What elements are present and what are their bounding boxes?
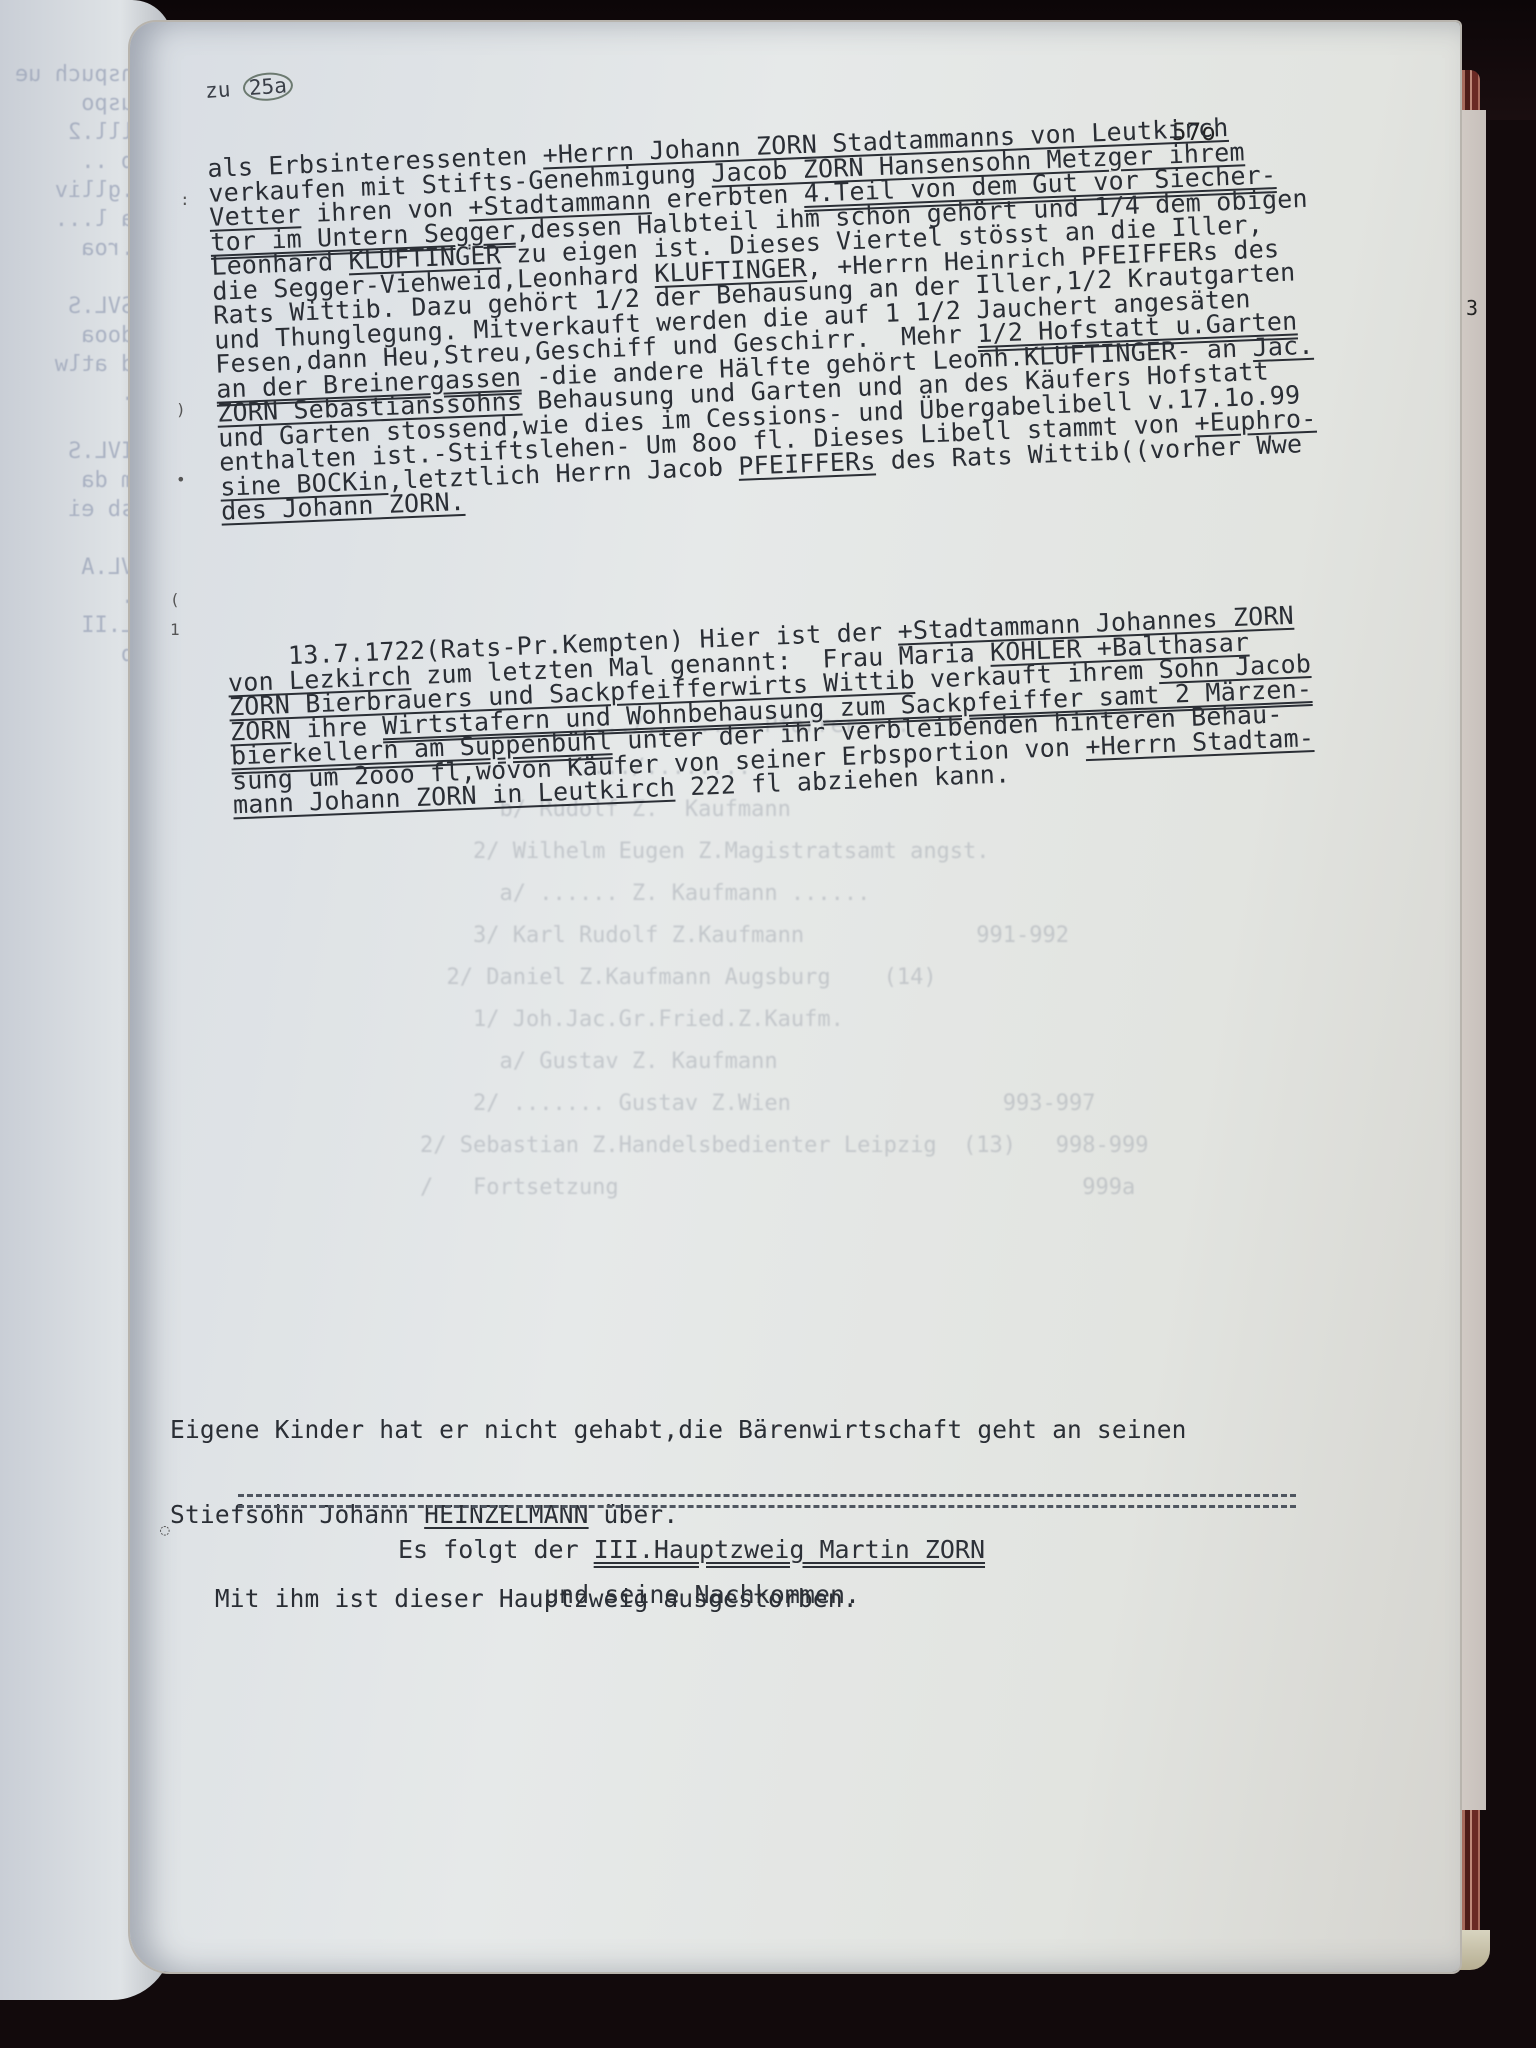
paragraph-sale-record-1: als Erbsinteressenten +Herrn Johann ZORN…	[207, 113, 1319, 524]
paragraph-gap	[224, 529, 1322, 598]
next-branch-title: III.Hauptzweig Martin ZORN	[594, 1535, 985, 1564]
reference-prefix: zu	[204, 77, 231, 103]
margin-mark: (	[170, 590, 180, 609]
closing-line-1: Eigene Kinder hat er nicht gehabt,die Bä…	[170, 1415, 1187, 1440]
continuation-line-1: Es folgt der III.Hauptzweig Martin ZORN	[398, 1535, 985, 1564]
stack-marker: 3	[1466, 296, 1478, 320]
continuation-line-2: und seine Nachkommen.	[544, 1580, 860, 1609]
typed-text-block: als Erbsinteressenten +Herrn Johann ZORN…	[205, 64, 1332, 842]
margin-mark: )	[176, 400, 186, 419]
section-divider	[238, 1494, 1296, 1508]
margin-mark: ◌	[160, 1520, 170, 1539]
margin-mark: •	[176, 470, 186, 489]
margin-mark: 1	[170, 620, 180, 639]
continuation-prefix: Es folgt der	[398, 1535, 594, 1564]
margin-mark: :	[180, 190, 190, 209]
paragraph-sale-record-1722: 13.7.1722(Rats-Pr.Kempten) Hier ist der …	[227, 602, 1331, 817]
underlined-text: PFEIFFERs	[738, 446, 876, 480]
